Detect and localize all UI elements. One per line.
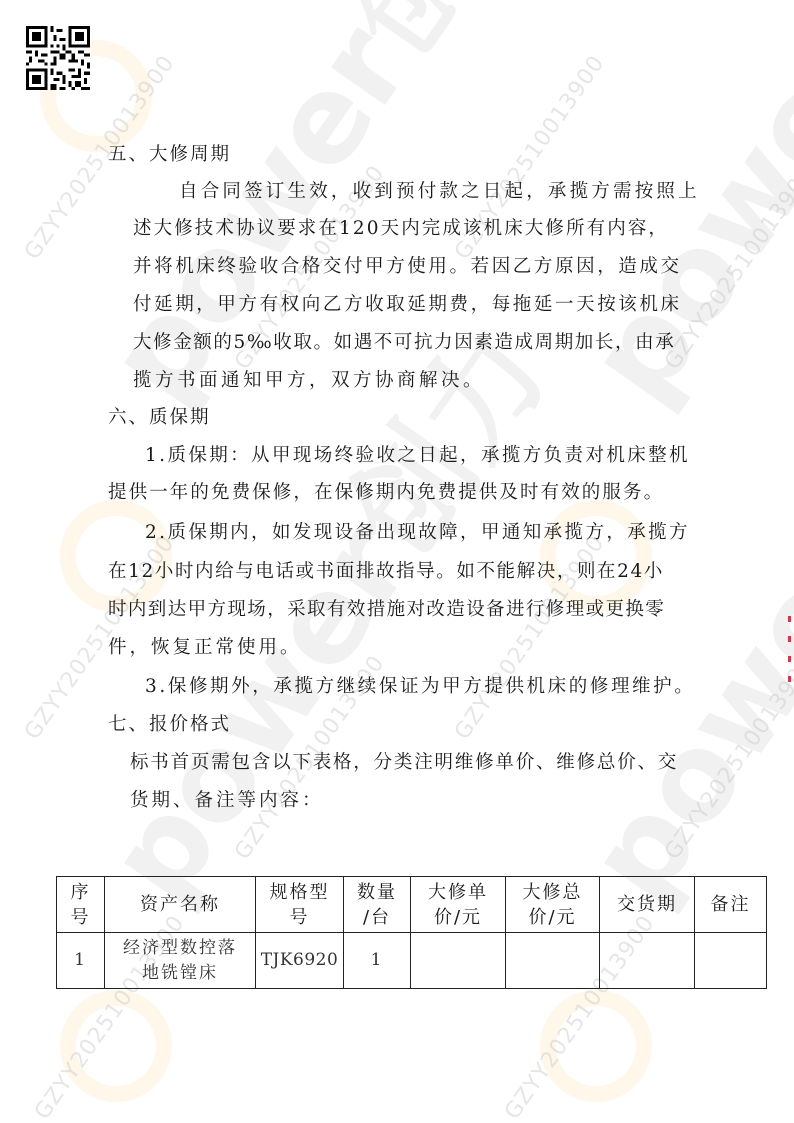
header-total-price: 大修总价/元 <box>506 877 600 933</box>
paragraph-line: 货期、备注等内容： <box>130 789 324 813</box>
cell-index: 1 <box>57 933 105 989</box>
header-remark: 备注 <box>695 877 767 933</box>
section-heading-maintenance-period: 五、大修周期 <box>108 143 231 167</box>
cell-total-price[interactable] <box>506 933 600 989</box>
paragraph-line: 2.质保期内，如发现设备出现故障，甲通知承揽方，承揽方 <box>145 521 690 545</box>
table-row: 1 经济型数控落地铣镗床 TJK6920 1 <box>57 933 767 989</box>
header-asset-name: 资产名称 <box>105 877 256 933</box>
cell-delivery[interactable] <box>600 933 695 989</box>
paragraph-line: 在12小时内给与电话或书面排故指导。如不能解决，则在24小 <box>108 560 664 584</box>
cell-quantity: 1 <box>344 933 411 989</box>
watermark-circle <box>60 990 172 1102</box>
section-heading-warranty: 六、质保期 <box>108 406 211 430</box>
cell-asset-name: 经济型数控落地铣镗床 <box>105 933 256 989</box>
header-model: 规格型号 <box>256 877 344 933</box>
cell-remark[interactable] <box>695 933 767 989</box>
cell-model: TJK6920 <box>256 933 344 989</box>
header-unit-price: 大修单价/元 <box>411 877 506 933</box>
table-header-row: 序号 资产名称 规格型号 数量/台 大修单价/元 大修总价/元 交货期 备注 <box>57 877 767 933</box>
cell-unit-price[interactable] <box>411 933 506 989</box>
watermark-logo: power创力 <box>60 0 579 429</box>
paragraph-line: 述大修技术协议要求在120天内完成该机床大修所有内容， <box>133 217 669 241</box>
watermark-logo: power创力 <box>540 0 794 429</box>
paragraph-line: 提供一年的免费保修，在保修期内免费提供及时有效的服务。 <box>108 481 664 505</box>
watermark-circle <box>540 990 652 1102</box>
paragraph-line: 3.保修期外，承揽方继续保证为甲方提供机床的修理维护。 <box>145 675 695 699</box>
paragraph-line: 标书首页需包含以下表格，分类注明维修单价、维修总价、交 <box>130 751 678 775</box>
watermark-circle <box>540 500 652 612</box>
header-index: 序号 <box>57 877 105 933</box>
section-heading-quote-format: 七、报价格式 <box>108 713 231 737</box>
paragraph-line: 时内到达甲方现场，采取有效措施对改造设备进行修理或更换零 <box>108 598 665 622</box>
header-quantity: 数量/台 <box>344 877 411 933</box>
paragraph-line: 并将机床终验收合格交付甲方使用。若因乙方原因，造成交 <box>133 255 682 279</box>
paragraph-line: 1.质保期：从甲现场终验收之日起，承揽方负责对机床整机 <box>145 444 690 468</box>
paragraph-line: 揽方书面通知甲方，双方协商解决。 <box>133 369 485 393</box>
watermark-circle <box>60 500 172 612</box>
seal-stamp-fragment <box>784 610 794 700</box>
qr-code-icon[interactable] <box>26 26 90 90</box>
paragraph-line: 付延期，甲方有权向乙方收取延期费，每拖延一天按该机床 <box>133 293 682 317</box>
paragraph-line: 件，恢复正常使用。 <box>108 636 302 660</box>
paragraph-line: 自合同签订生效，收到预付款之日起，承揽方需按照上 <box>179 180 700 204</box>
paragraph-line: 大修金额的5‰收取。如遇不可抗力因素造成周期加长，由承 <box>133 331 675 355</box>
header-delivery: 交货期 <box>600 877 695 933</box>
quote-table: 序号 资产名称 规格型号 数量/台 大修单价/元 大修总价/元 交货期 备注 1… <box>56 876 767 989</box>
